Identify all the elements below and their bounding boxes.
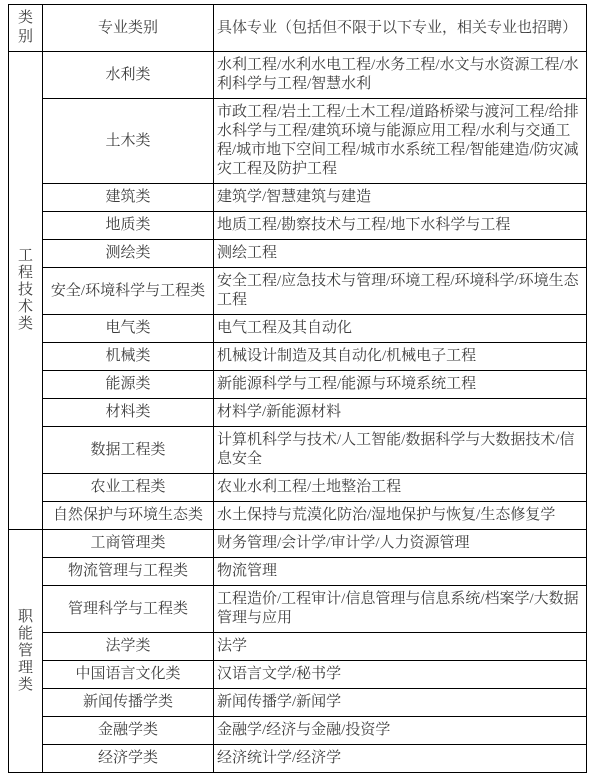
table-row: 土木类市政工程/岩土工程/土木工程/道路桥梁与渡河工程/给排水科学与工程/建筑环… [9, 99, 587, 184]
specific-majors-cell: 机械设计制造及其自动化/机械电子工程 [214, 343, 587, 371]
major-category-cell: 金融学类 [43, 717, 214, 745]
major-category-cell: 材料类 [43, 399, 214, 427]
specific-majors-cell: 安全工程/应急技术与管理/环境工程/环境科学/环境生态工程 [214, 268, 587, 315]
table-row: 经济学类经济统计学/经济学 [9, 745, 587, 773]
table-row: 法学类法学 [9, 633, 587, 661]
group-label-vertical-text: 职能管理类 [18, 609, 34, 694]
major-category-cell: 建筑类 [43, 184, 214, 212]
specific-majors-cell: 工程造价/工程审计/信息管理与信息系统/档案学/大数据管理与应用 [214, 586, 587, 633]
table-row: 电气类电气工程及其自动化 [9, 315, 587, 343]
table-row: 管理科学与工程类工程造价/工程审计/信息管理与信息系统/档案学/大数据管理与应用 [9, 586, 587, 633]
major-category-cell: 能源类 [43, 371, 214, 399]
document-page: 类别 专业类别 具体专业（包括但不限于以下专业，相关专业也招聘） 工程技术类水利… [0, 0, 594, 763]
specific-majors-cell: 水土保持与荒漠化防治/湿地保护与恢复/生态修复学 [214, 502, 587, 530]
major-category-cell: 自然保护与环境生态类 [43, 502, 214, 530]
table-row: 职能管理类工商管理类财务管理/会计学/审计学/人力资源管理 [9, 530, 587, 558]
table-row: 数据工程类计算机科学与技术/人工智能/数据科学与大数据技术/信息安全 [9, 427, 587, 474]
specific-majors-cell: 水利工程/水利水电工程/水务工程/水文与水资源工程/水利科学与工程/智慧水利 [214, 52, 587, 99]
major-category-cell: 法学类 [43, 633, 214, 661]
table-row: 物流管理与工程类物流管理 [9, 558, 587, 586]
major-category-cell: 物流管理与工程类 [43, 558, 214, 586]
table-row: 金融学类金融学/经济与金融/投资学 [9, 717, 587, 745]
specific-majors-cell: 地质工程/勘察技术与工程/地下水科学与工程 [214, 212, 587, 240]
specific-majors-cell: 汉语言文学/秘书学 [214, 661, 587, 689]
specific-majors-cell: 财务管理/会计学/审计学/人力资源管理 [214, 530, 587, 558]
specific-majors-cell: 金融学/经济与金融/投资学 [214, 717, 587, 745]
specific-majors-cell: 新闻传播学/新闻学 [214, 689, 587, 717]
major-category-cell: 管理科学与工程类 [43, 586, 214, 633]
specific-majors-cell: 计算机科学与技术/人工智能/数据科学与大数据技术/信息安全 [214, 427, 587, 474]
major-category-cell: 安全/环境科学与工程类 [43, 268, 214, 315]
header-row: 类别 专业类别 具体专业（包括但不限于以下专业，相关专业也招聘） [9, 5, 587, 52]
specific-majors-cell: 新能源科学与工程/能源与环境系统工程 [214, 371, 587, 399]
header-major-category: 专业类别 [43, 5, 214, 52]
table-row: 农业工程类农业水利工程/土地整治工程 [9, 474, 587, 502]
header-specific-majors: 具体专业（包括但不限于以下专业，相关专业也招聘） [214, 5, 587, 52]
specific-majors-cell: 材料学/新能源材料 [214, 399, 587, 427]
specific-majors-cell: 农业水利工程/土地整治工程 [214, 474, 587, 502]
major-category-cell: 地质类 [43, 212, 214, 240]
major-category-cell: 水利类 [43, 52, 214, 99]
major-category-cell: 数据工程类 [43, 427, 214, 474]
major-category-cell: 测绘类 [43, 240, 214, 268]
specific-majors-cell: 市政工程/岩土工程/土木工程/道路桥梁与渡河工程/给排水科学与工程/建筑环境与能… [214, 99, 587, 184]
major-category-cell: 土木类 [43, 99, 214, 184]
table-row: 能源类新能源科学与工程/能源与环境系统工程 [9, 371, 587, 399]
group-label-cell: 职能管理类 [9, 530, 43, 773]
major-category-cell: 经济学类 [43, 745, 214, 773]
table-row: 中国语言文化类汉语言文学/秘书学 [9, 661, 587, 689]
table-body: 工程技术类水利类水利工程/水利水电工程/水务工程/水文与水资源工程/水利科学与工… [9, 52, 587, 773]
specific-majors-cell: 法学 [214, 633, 587, 661]
specific-majors-cell: 经济统计学/经济学 [214, 745, 587, 773]
major-category-cell: 机械类 [43, 343, 214, 371]
table-row: 安全/环境科学与工程类安全工程/应急技术与管理/环境工程/环境科学/环境生态工程 [9, 268, 587, 315]
table-row: 新闻传播学类新闻传播学/新闻学 [9, 689, 587, 717]
table-row: 材料类材料学/新能源材料 [9, 399, 587, 427]
table-row: 测绘类测绘工程 [9, 240, 587, 268]
table-row: 机械类机械设计制造及其自动化/机械电子工程 [9, 343, 587, 371]
group-label-cell: 工程技术类 [9, 52, 43, 530]
group-label-vertical-text: 工程技术类 [18, 248, 34, 333]
table-row: 地质类地质工程/勘察技术与工程/地下水科学与工程 [9, 212, 587, 240]
table-row: 建筑类建筑学/智慧建筑与建造 [9, 184, 587, 212]
majors-table: 类别 专业类别 具体专业（包括但不限于以下专业，相关专业也招聘） 工程技术类水利… [8, 4, 587, 773]
major-category-cell: 工商管理类 [43, 530, 214, 558]
table-row: 工程技术类水利类水利工程/水利水电工程/水务工程/水文与水资源工程/水利科学与工… [9, 52, 587, 99]
specific-majors-cell: 建筑学/智慧建筑与建造 [214, 184, 587, 212]
specific-majors-cell: 物流管理 [214, 558, 587, 586]
specific-majors-cell: 电气工程及其自动化 [214, 315, 587, 343]
major-category-cell: 新闻传播学类 [43, 689, 214, 717]
table-row: 自然保护与环境生态类水土保持与荒漠化防治/湿地保护与恢复/生态修复学 [9, 502, 587, 530]
specific-majors-cell: 测绘工程 [214, 240, 587, 268]
major-category-cell: 农业工程类 [43, 474, 214, 502]
header-category: 类别 [9, 5, 43, 52]
major-category-cell: 电气类 [43, 315, 214, 343]
major-category-cell: 中国语言文化类 [43, 661, 214, 689]
